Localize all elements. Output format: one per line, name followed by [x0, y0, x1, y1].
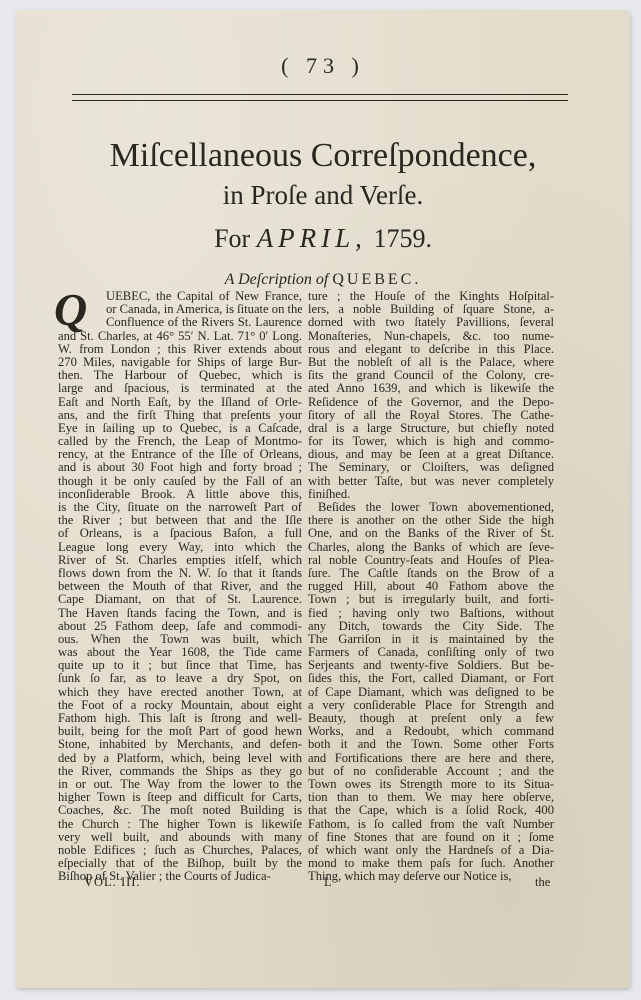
text-line: Reſidence of the Governor, and the Depo- — [308, 396, 554, 409]
text-line: ans, and the firſt Thing that preſents y… — [58, 409, 302, 422]
text-line: ſitory of all the Royal Stores. The Cath… — [308, 409, 554, 422]
text-line: Works, and a Redoubt, which command — [308, 725, 554, 738]
text-line: Fathom, is ſo called from the vaſt Numbe… — [308, 818, 554, 831]
issue-year: 1759. — [373, 224, 432, 253]
text-line: Eaſt and North Eaſt, by the Iſland of Or… — [58, 396, 302, 409]
text-line: ſits the grand Council of the Colony, cr… — [308, 369, 554, 382]
text-line: is the City, ſituate on the narroweſt Pa… — [58, 501, 302, 514]
text-line: The Seminary, or Cloiſters, was deſigned — [308, 461, 554, 474]
text-line: the Foot of a rocky Mountain, about eigh… — [58, 699, 302, 712]
publication-subtitle: in Proſe and Verſe. — [16, 180, 630, 211]
text-line: ſure. The Caſtle ſtands on the Brow of a — [308, 567, 554, 580]
text-line: Fathom high. This laſt is ſtrong and wel… — [58, 712, 302, 725]
text-line: dorned with two ſtately Pavillions, ſeve… — [308, 316, 554, 329]
text-line: eſpecially that of the Biſhop, built by … — [58, 857, 302, 870]
text-line: which they have erected another Town, at — [58, 686, 302, 699]
text-line: flows down from the N. W. ſo that it ſta… — [58, 567, 302, 580]
catchword: the — [535, 875, 550, 890]
text-line: quite up to it ; but ſince that Time, ha… — [58, 659, 302, 672]
issue-month: APRIL, — [257, 223, 367, 253]
text-line: between the Mouth of that River, and the — [58, 580, 302, 593]
text-line: Charles, along the Banks of which are ſe… — [308, 541, 554, 554]
text-line: One, and on the Banks of the River of St… — [308, 527, 554, 540]
text-line: Town owes its Strength more to its Situa… — [308, 778, 554, 791]
text-line: called by the French, the Leap of Montmo… — [58, 435, 302, 448]
text-line: about 25 Fathom deep, ſafe and commodi- — [58, 620, 302, 633]
text-line: Coaches, &c. The moſt noted Building is — [58, 804, 302, 817]
text-column-left: Q UEBEC, the Capital of New France,or Ca… — [58, 290, 302, 883]
text-line: The Haven ſtands facing the Town, and is — [58, 607, 302, 620]
text-line: the Church : The higher Town is likewiſe — [58, 818, 302, 831]
text-line: of which want only the Hardneſs of a Dia… — [308, 844, 554, 857]
text-line: noble Edifices ; ſuch as Churches, Palac… — [58, 844, 302, 857]
text-line: finiſhed. — [308, 488, 554, 501]
text-line: tion than to them. We may here obſerve, — [308, 791, 554, 804]
text-line: though it be only cauſed by the Fall of … — [58, 475, 302, 488]
text-line: a very conſiderable Place for Strength a… — [308, 699, 554, 712]
text-line: both it and the Town. Some other Forts — [308, 738, 554, 751]
text-line: mond to make them paſs for ſuch. Another — [308, 857, 554, 870]
text-line: Monaſteries, Nun-chapels, &c. too nume- — [308, 330, 554, 343]
text-line: in or out. The Way from the lower to the — [58, 778, 302, 791]
signature-mark: L — [324, 875, 332, 890]
text-line: or Canada, in America, is ſituate on the — [58, 303, 302, 316]
text-line: built, being for the moſt Part of good h… — [58, 725, 302, 738]
text-line: with better Taſte, but was never complet… — [308, 475, 554, 488]
text-line: large and ſpacious, is terminated at the — [58, 382, 302, 395]
text-line: River of St. Charles empties itſelf, whi… — [58, 554, 302, 567]
publication-title: Miſcellaneous Correſpondence, — [16, 138, 630, 174]
text-line: UEBEC, the Capital of New France, — [58, 290, 302, 303]
text-line: the River ; but between that and the Iſl… — [58, 514, 302, 527]
text-line: The Garriſon in it is maintained by the — [308, 633, 554, 646]
text-line: Serjeants and twenty-five Soldiers. But … — [308, 659, 554, 672]
text-line: rugged Hill, about 40 Fathom above the — [308, 580, 554, 593]
text-line: any Ditch, towards the City Side. The — [308, 620, 554, 633]
text-line: of Cape Diamant, which was deſigned to b… — [308, 686, 554, 699]
text-line: Beſides the lower Town abovementioned, — [308, 501, 554, 514]
text-line: Cape Diamant, on that of St. Laurence. — [58, 593, 302, 606]
text-line: Beauty, though at preſent only a few — [308, 712, 554, 725]
text-line: rous and elegant to deſcribe in this Pla… — [308, 343, 554, 356]
text-line: inconſiderable Brook. A little above thi… — [58, 488, 302, 501]
text-line: of fine Stones that are found on it ; ſo… — [308, 831, 554, 844]
text-line: Stone, inhabited by Merchants, and defen… — [58, 738, 302, 751]
text-line: But the nobleſt of all is the Palace, wh… — [308, 356, 554, 369]
text-line: Farmers of Canada, conſiſting only of tw… — [308, 646, 554, 659]
text-line: fied ; having only two Baſtions, without — [308, 607, 554, 620]
text-line: Confluence of the Rivers St. Laurence — [58, 316, 302, 329]
text-line: ous. When the Town was built, which — [58, 633, 302, 646]
text-line: very well built, and abounds with many — [58, 831, 302, 844]
text-line: ture ; the Houſe of the Kinghts Hoſpital… — [308, 290, 554, 303]
text-line: ated Anno 1639, and which is likewiſe th… — [308, 382, 554, 395]
article-title: A Deſcription of QUEBEC. — [16, 271, 630, 289]
text-line: for its Tower, which is high and commo- — [308, 435, 554, 448]
text-line: and Fortifications there are here and th… — [308, 752, 554, 765]
issue-line: For APRIL, 1759. — [16, 223, 630, 254]
text-line: League long every Way, into which the — [58, 541, 302, 554]
text-line: was about the Year 1608, the Tide came — [58, 646, 302, 659]
text-line: and is about 30 Foot high and forty broa… — [58, 461, 302, 474]
text-line: and St. Charles, at 46° 55′ N. Lat. 71° … — [58, 330, 302, 343]
text-line: that the Cape, which is a ſolid Rock, 40… — [308, 804, 554, 817]
text-line: rency, at the Entrance of the Iſle of Or… — [58, 448, 302, 461]
text-line: ſides this, the Fort, called Diamant, or… — [308, 672, 554, 685]
text-line: ded by a Platform, which, being level wi… — [58, 752, 302, 765]
text-column-right: ture ; the Houſe of the Kinghts Hoſpital… — [308, 290, 554, 883]
drop-cap: Q — [54, 288, 87, 332]
text-line: dious, and may be ſeen at a great Diſtan… — [308, 448, 554, 461]
header-double-rule — [72, 94, 568, 101]
text-line: ral noble Country-ſeats and Houſes of Pl… — [308, 554, 554, 567]
article-title-prefix: A Deſcription of — [225, 271, 329, 288]
text-line: W. from London ; this River extends abou… — [58, 343, 302, 356]
article-title-subject: QUEBEC. — [332, 271, 421, 288]
text-line: ſunk ſo far, as to leave a dry Spot, on — [58, 672, 302, 685]
text-line: dral is a large Structure, but chiefly n… — [308, 422, 554, 435]
volume-footer: VOL. III. — [84, 875, 141, 890]
page-number: ( 73 ) — [16, 53, 630, 79]
text-line: higher Town is ſteep and difficult for C… — [58, 791, 302, 804]
text-line: Town ; but is irregularly built, and for… — [308, 593, 554, 606]
text-line: there is another on the other Side the h… — [308, 514, 554, 527]
text-line: 270 Miles, navigable for Ships of large … — [58, 356, 302, 369]
text-line: the River, commands the Ships as they go — [58, 765, 302, 778]
issue-prefix: For — [214, 224, 250, 253]
text-line: of Orleans, is a ſpacious Baſon, a full — [58, 527, 302, 540]
text-line: Eye in ſailing up to Quebec, is a Caſcad… — [58, 422, 302, 435]
text-line: Thing, which may deſerve our Notice is, — [308, 870, 554, 883]
text-line: then. The Harbour of Quebec, which is — [58, 369, 302, 382]
text-line: lers, a noble Building of ſquare Stone, … — [308, 303, 554, 316]
text-line: but of no conſiderable Account ; and the — [308, 765, 554, 778]
